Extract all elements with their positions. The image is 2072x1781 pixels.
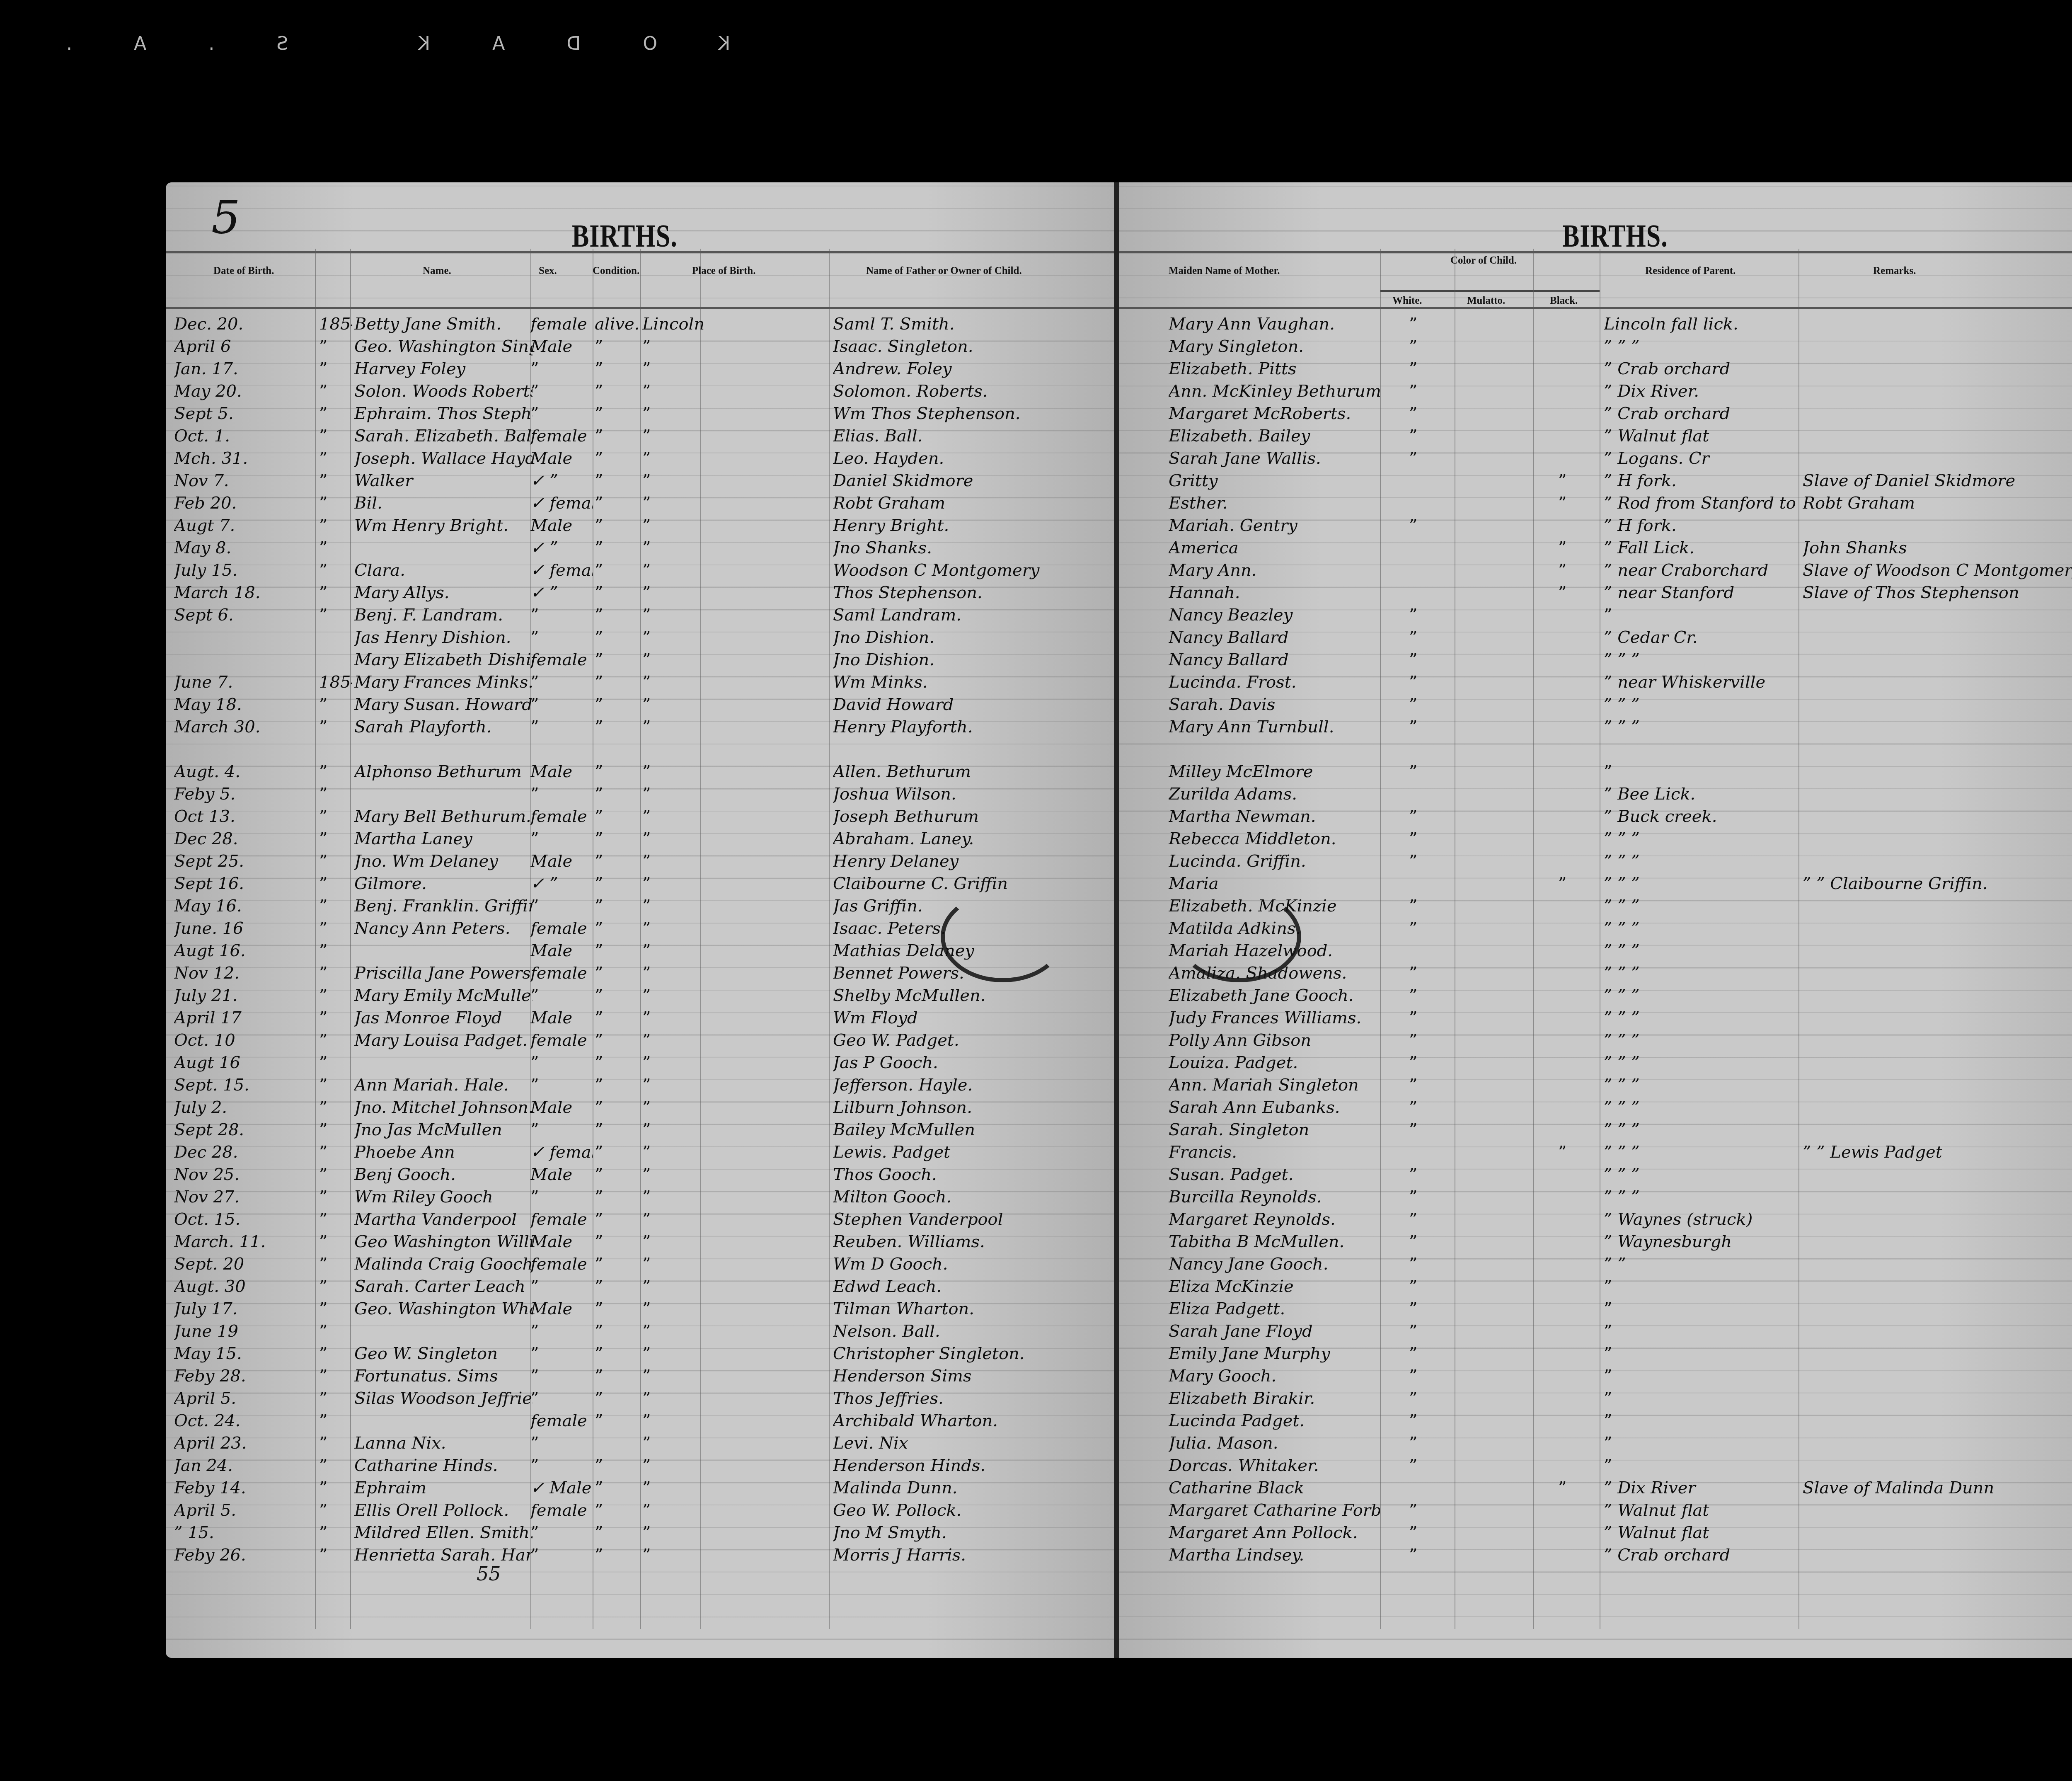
table-row: Augt. 4.”Alphonso BethurumMale””Allen. B… xyxy=(166,761,1115,783)
cell-condition: ” xyxy=(595,673,640,692)
cell-year: ” xyxy=(319,1389,352,1408)
cell-place: ” xyxy=(642,695,767,714)
cell-name: Wm Riley Gooch xyxy=(354,1187,533,1207)
cell-residence: ” Crab orchard xyxy=(1604,404,1798,423)
cell-name: Joseph. Wallace Hayden. xyxy=(354,449,533,468)
table-row: Zurilda Adams.” Bee Lick. xyxy=(1119,783,2072,805)
cell-white: ” xyxy=(1409,1299,1450,1318)
cell-condition: ” xyxy=(595,1299,640,1318)
cell-white: ” xyxy=(1409,628,1450,647)
table-row: Sept 28.”Jno Jas McMullen”””Bailey McMul… xyxy=(166,1119,1115,1141)
cell-white: ” xyxy=(1409,919,1450,938)
cell-name: Benj Gooch. xyxy=(354,1165,533,1184)
cell-residence: ” Logans. Cr xyxy=(1604,449,1798,468)
cell-father: Edwd Leach. xyxy=(833,1277,1111,1296)
cell-name: Geo Washington Williams xyxy=(354,1232,533,1251)
table-row xyxy=(166,738,1115,761)
cell-year: ” xyxy=(319,1367,352,1386)
cell-father: Wm D Gooch. xyxy=(833,1255,1111,1274)
cell-date: July 2. xyxy=(174,1098,311,1117)
table-row: Lucinda. Frost.”” near Whiskerville xyxy=(1119,671,2072,693)
cell-place: ” xyxy=(642,561,767,580)
cell-remarks: ” ” Lewis Padget xyxy=(1803,1143,2072,1162)
cell-date: Augt 16 xyxy=(174,1053,311,1072)
cell-name: Fortunatus. Sims xyxy=(354,1367,533,1386)
cell-year: ” xyxy=(319,919,352,938)
cell-date: Nov 27. xyxy=(174,1187,311,1207)
cell-white: ” xyxy=(1409,1501,1450,1520)
cell-mother: Francis. xyxy=(1169,1143,1380,1162)
water-stain xyxy=(941,891,1065,982)
cell-place: ” xyxy=(642,606,767,625)
cell-residence: ” ” ” xyxy=(1604,852,1798,871)
cell-father: Tilman Wharton. xyxy=(833,1299,1111,1318)
cell-place: ” xyxy=(642,1255,767,1274)
col-header-color-group: Color of Child. xyxy=(1450,255,1517,267)
cell-father: Nelson. Ball. xyxy=(833,1322,1111,1341)
cell-white: ” xyxy=(1409,717,1450,737)
cell-name: Geo. Washington Wharton xyxy=(354,1299,533,1318)
cell-sex: ” xyxy=(530,897,593,916)
cell-remarks: Slave of Malinda Dunn xyxy=(1803,1478,2072,1497)
cell-condition: ” xyxy=(595,650,640,669)
cell-mother: Dorcas. Whitaker. xyxy=(1169,1456,1380,1475)
cell-date: Augt. 30 xyxy=(174,1277,311,1296)
cell-place: ” xyxy=(642,1277,767,1296)
cell-residence: ” Dix River. xyxy=(1604,382,1798,401)
col-header-mulatto: Mulatto. xyxy=(1467,295,1505,307)
cell-condition: ” xyxy=(595,1389,640,1408)
cell-place: ” xyxy=(642,717,767,737)
cell-residence: ” ” ” xyxy=(1604,1076,1798,1095)
cell-year: ” xyxy=(319,1031,352,1050)
cell-place: ” xyxy=(642,941,767,960)
table-row: April 23.”Lanna Nix.””Levi. Nix xyxy=(166,1432,1115,1454)
cell-condition: ” xyxy=(595,1478,640,1497)
cell-mother: Lucinda. Frost. xyxy=(1169,673,1380,692)
cell-black: ” xyxy=(1558,538,1595,557)
table-row: Sept 25.”Jno. Wm DelaneyMale””Henry Dela… xyxy=(166,850,1115,872)
table-row: Mary Singleton.”” ” ” xyxy=(1119,335,2072,358)
cell-sex: female xyxy=(530,964,593,983)
table-row: Elizabeth. Bailey”” Walnut flat xyxy=(1119,425,2072,447)
cell-year: ” xyxy=(319,852,352,871)
cell-year: ” xyxy=(319,1478,352,1497)
table-row: Dorcas. Whitaker.”” xyxy=(1119,1454,2072,1477)
cell-sex: ” xyxy=(530,1456,593,1475)
table-row: Dec 28.”Martha Laney”””Abraham. Laney. xyxy=(166,828,1115,850)
table-row: Martha Newman.”” Buck creek. xyxy=(1119,805,2072,828)
table-row: Susan. Padget.”” ” ” xyxy=(1119,1163,2072,1186)
cell-father: Abraham. Laney. xyxy=(833,829,1111,848)
cell-mother: Eliza Padgett. xyxy=(1169,1299,1380,1318)
cell-residence: ” xyxy=(1604,1367,1798,1386)
cell-residence: ” xyxy=(1604,1277,1798,1296)
cell-date: Dec 28. xyxy=(174,1143,311,1162)
water-stain xyxy=(1177,891,1301,982)
cell-sex: ” xyxy=(530,1187,593,1207)
cell-father: Christopher Singleton. xyxy=(833,1344,1111,1363)
cell-place: Lincoln xyxy=(642,315,767,334)
cell-place: ” xyxy=(642,1053,767,1072)
cell-white: ” xyxy=(1409,1322,1450,1341)
cell-mother: Gritty xyxy=(1169,471,1380,490)
cell-sex: ” xyxy=(530,1546,593,1565)
cell-place: ” xyxy=(642,919,767,938)
cell-father: Thos Stephenson. xyxy=(833,583,1111,602)
cell-year: ” xyxy=(319,561,352,580)
cell-date: May 8. xyxy=(174,538,311,557)
table-row: Burcilla Reynolds.”” ” ” xyxy=(1119,1186,2072,1208)
page-mark: 5 xyxy=(211,191,240,244)
table-row: Feby 14.”Ephraim✓ Male””Malinda Dunn. xyxy=(166,1477,1115,1499)
cell-residence: ” Buck creek. xyxy=(1604,807,1798,826)
cell-white: ” xyxy=(1409,1031,1450,1050)
cell-sex: ” xyxy=(530,359,593,378)
cell-place: ” xyxy=(642,1232,767,1251)
cell-father: Andrew. Foley xyxy=(833,359,1111,378)
right-page-title: BIRTHS. xyxy=(1562,218,1668,255)
cell-mother: Martha Newman. xyxy=(1169,807,1380,826)
cell-date: Sept 28. xyxy=(174,1120,311,1139)
cell-condition: ” xyxy=(595,695,640,714)
table-row: Lucinda. Griffin.”” ” ” xyxy=(1119,850,2072,872)
cell-condition: ” xyxy=(595,1210,640,1229)
cell-year: ” xyxy=(319,941,352,960)
table-row: Gritty”” H fork.Slave of Daniel Skidmore xyxy=(1119,470,2072,492)
cell-sex: ” xyxy=(530,382,593,401)
table-row xyxy=(1119,738,2072,761)
cell-father: Claibourne C. Griffin xyxy=(833,874,1111,893)
cell-year: ” xyxy=(319,426,352,446)
table-row: Polly Ann Gibson”” ” ” xyxy=(1119,1029,2072,1052)
cell-name: Sarah. Carter Leach xyxy=(354,1277,533,1296)
cell-white: ” xyxy=(1409,315,1450,334)
cell-name: Sarah. Elizabeth. Ball xyxy=(354,426,533,446)
cell-sex: ✓ female xyxy=(530,561,593,580)
cell-year: ” xyxy=(319,1344,352,1363)
cell-sex: ” xyxy=(530,606,593,625)
cell-name: Mary Allys. xyxy=(354,583,533,602)
cell-condition: ” xyxy=(595,1031,640,1050)
cell-name: Clara. xyxy=(354,561,533,580)
table-row: Jas Henry Dishion.”””Jno Dishion. xyxy=(166,626,1115,649)
cell-white: ” xyxy=(1409,1389,1450,1408)
cell-residence: ” ” ” xyxy=(1604,337,1798,356)
table-row: Nancy Ballard”” ” ” xyxy=(1119,649,2072,671)
cell-place: ” xyxy=(642,852,767,871)
cell-name: Malinda Craig Gooch xyxy=(354,1255,533,1274)
cell-residence: ” Rod from Stanford to Crab Orchard xyxy=(1604,494,1798,513)
cell-date: June 7. xyxy=(174,673,311,692)
col-header-condition: Condition. xyxy=(593,265,639,277)
cell-condition: ” xyxy=(595,359,640,378)
table-row: Augt 7.”Wm Henry Bright.Male””Henry Brig… xyxy=(166,514,1115,537)
cell-year: ” xyxy=(319,1434,352,1453)
cell-condition: ” xyxy=(595,449,640,468)
cell-residence: ” Fall Lick. xyxy=(1604,538,1798,557)
cell-place: ” xyxy=(642,897,767,916)
table-row: Oct. 10”Mary Louisa Padget.female””Geo W… xyxy=(166,1029,1115,1052)
table-row: Oct 13.”Mary Bell Bethurum.female””Josep… xyxy=(166,805,1115,828)
cell-year: ” xyxy=(319,807,352,826)
table-row: Louiza. Padget.”” ” ” xyxy=(1119,1052,2072,1074)
table-row: April 5.”Ellis Orell Pollock.female””Geo… xyxy=(166,1499,1115,1522)
cell-black: ” xyxy=(1558,583,1595,602)
cell-father: Wm Thos Stephenson. xyxy=(833,404,1111,423)
cell-father: Henry Bright. xyxy=(833,516,1111,535)
cell-condition: ” xyxy=(595,426,640,446)
cell-date: Feby 5. xyxy=(174,785,311,804)
table-row: May 15.”Geo W. Singleton”””Christopher S… xyxy=(166,1342,1115,1365)
cell-year: ” xyxy=(319,404,352,423)
cell-name: Jas Monroe Floyd xyxy=(354,1008,533,1027)
cell-sex: ✓ female xyxy=(530,1143,593,1162)
cell-condition: ” xyxy=(595,561,640,580)
cell-white: ” xyxy=(1409,606,1450,625)
cell-residence: ” ” ” xyxy=(1604,874,1798,893)
cell-father: Archibald Wharton. xyxy=(833,1411,1111,1430)
cell-mother: Hannah. xyxy=(1169,583,1380,602)
cell-mother: Zurilda Adams. xyxy=(1169,785,1380,804)
cell-condition: ” xyxy=(595,471,640,490)
cell-father: Allen. Bethurum xyxy=(833,762,1111,781)
cell-name: Harvey Foley xyxy=(354,359,533,378)
cell-date: Oct. 24. xyxy=(174,1411,311,1430)
cell-condition: ” xyxy=(595,1008,640,1027)
table-row: Hannah.”” near StanfordSlave of Thos Ste… xyxy=(1119,582,2072,604)
cell-mother: Maria xyxy=(1169,874,1380,893)
cell-year: ” xyxy=(319,829,352,848)
cell-date: Augt 7. xyxy=(174,516,311,535)
cell-name: Mary Elizabeth Dishion xyxy=(354,650,533,669)
cell-condition: ” xyxy=(595,1344,640,1363)
cell-mother: Milley McElmore xyxy=(1169,762,1380,781)
cell-sex: ” xyxy=(530,986,593,1005)
cell-white: ” xyxy=(1409,1367,1450,1386)
table-row: Oct. 24.”female””Archibald Wharton. xyxy=(166,1410,1115,1432)
cell-white: ” xyxy=(1409,359,1450,378)
cell-mother: Mary Gooch. xyxy=(1169,1367,1380,1386)
cell-date: Mch. 31. xyxy=(174,449,311,468)
cell-date: Dec. 20. xyxy=(174,315,311,334)
cell-name: Wm Henry Bright. xyxy=(354,516,533,535)
table-row: April 5.”Silas Woodson Jeffries.”””Thos … xyxy=(166,1387,1115,1410)
cell-year: ” xyxy=(319,1501,352,1520)
cell-place: ” xyxy=(642,807,767,826)
table-row: April 6”Geo. Washington SingletonMale””I… xyxy=(166,335,1115,358)
cell-place: ” xyxy=(642,359,767,378)
cell-place: ” xyxy=(642,494,767,513)
cell-residence: ” near Stanford xyxy=(1604,583,1798,602)
cell-name: Benj. F. Landram. xyxy=(354,606,533,625)
cell-residence: ” xyxy=(1604,1322,1798,1341)
table-row: Milley McElmore”” xyxy=(1119,761,2072,783)
cell-place: ” xyxy=(642,1076,767,1095)
table-row: Lucinda Padget.”” xyxy=(1119,1410,2072,1432)
cell-date: Augt. 4. xyxy=(174,762,311,781)
cell-condition: ” xyxy=(595,986,640,1005)
cell-condition: ” xyxy=(595,1232,640,1251)
cell-father: Joshua Wilson. xyxy=(833,785,1111,804)
cell-sex: ” xyxy=(530,1076,593,1095)
cell-name: Betty Jane Smith. xyxy=(354,315,533,334)
cell-father: Daniel Skidmore xyxy=(833,471,1111,490)
cell-white: ” xyxy=(1409,449,1450,468)
cell-sex: female xyxy=(530,1031,593,1050)
cell-residence: ” xyxy=(1604,1389,1798,1408)
left-page-title: BIRTHS. xyxy=(572,218,678,255)
table-row: Sarah. Singleton”” ” ” xyxy=(1119,1119,2072,1141)
cell-father: Lilburn Johnson. xyxy=(833,1098,1111,1117)
cell-name: Nancy Ann Peters. xyxy=(354,919,533,938)
cell-residence: ” ” ” xyxy=(1604,1165,1798,1184)
cell-sex: ” xyxy=(530,1120,593,1139)
cell-father: Geo W. Padget. xyxy=(833,1031,1111,1050)
table-row: Eliza Padgett.”” xyxy=(1119,1298,2072,1320)
cell-name: Mary Susan. Howard xyxy=(354,695,533,714)
cell-residence: ” H fork. xyxy=(1604,516,1798,535)
cell-remarks: Robt Graham xyxy=(1803,494,2072,513)
table-row: Augt 16””””Jas P Gooch. xyxy=(166,1052,1115,1074)
cell-condition: ” xyxy=(595,1165,640,1184)
cell-date: Sept 16. xyxy=(174,874,311,893)
cell-condition: ” xyxy=(595,829,640,848)
cell-mother: Esther. xyxy=(1169,494,1380,513)
table-row: Dec 28.”Phoebe Ann✓ female””Lewis. Padge… xyxy=(166,1141,1115,1163)
cell-condition: ” xyxy=(595,1143,640,1162)
cell-year: ” xyxy=(319,1411,352,1430)
table-row: ” 15.”Mildred Ellen. Smith.”””Jno M Smyt… xyxy=(166,1522,1115,1544)
cell-date: Nov 25. xyxy=(174,1165,311,1184)
cell-year: ” xyxy=(319,1120,352,1139)
table-row: July 21.”Mary Emily McMullen”””Shelby Mc… xyxy=(166,984,1115,1007)
table-row: Tabitha B McMullen.”” Waynesburgh xyxy=(1119,1231,2072,1253)
cell-year: ” xyxy=(319,1008,352,1027)
cell-mother: Susan. Padget. xyxy=(1169,1165,1380,1184)
cell-date: Jan. 17. xyxy=(174,359,311,378)
cell-place: ” xyxy=(642,986,767,1005)
cell-father: Saml T. Smith. xyxy=(833,315,1111,334)
cell-white: ” xyxy=(1409,1076,1450,1095)
cell-condition: ” xyxy=(595,762,640,781)
cell-date: Sept. 20 xyxy=(174,1255,311,1274)
cell-mother: Mary Ann Vaughan. xyxy=(1169,315,1380,334)
cell-name: Martha Vanderpool xyxy=(354,1210,533,1229)
cell-mother: Elizabeth Jane Gooch. xyxy=(1169,986,1380,1005)
cell-residence: ” ” ” xyxy=(1604,897,1798,916)
table-row: Nov 27.”Wm Riley Gooch”””Milton Gooch. xyxy=(166,1186,1115,1208)
cell-sex: female xyxy=(530,650,593,669)
cell-condition: ” xyxy=(595,807,640,826)
cell-date: Sept. 15. xyxy=(174,1076,311,1095)
cell-mother: Sarah Ann Eubanks. xyxy=(1169,1098,1380,1117)
cell-place: ” xyxy=(642,785,767,804)
cell-sex: Male xyxy=(530,1232,593,1251)
table-row: March 30.”Sarah Playforth.”””Henry Playf… xyxy=(166,716,1115,738)
cell-sex: female xyxy=(530,807,593,826)
cell-white: ” xyxy=(1409,964,1450,983)
cell-residence: ” ” ” xyxy=(1604,1187,1798,1207)
cell-remarks: Slave of Daniel Skidmore xyxy=(1803,471,2072,490)
cell-year: ” xyxy=(319,538,352,557)
table-row: Feby 26.”Henrietta Sarah. Harris”””Morri… xyxy=(166,1544,1115,1566)
cell-year: ” xyxy=(319,1187,352,1207)
cell-father: Malinda Dunn. xyxy=(833,1478,1111,1497)
cell-date: May 18. xyxy=(174,695,311,714)
table-row: Nancy Jane Gooch.”” ” xyxy=(1119,1253,2072,1275)
cell-date: June. 16 xyxy=(174,919,311,938)
table-row: Nancy Ballard”” Cedar Cr. xyxy=(1119,626,2072,649)
table-row: Nov 25.”Benj Gooch.Male””Thos Gooch. xyxy=(166,1163,1115,1186)
cell-condition: ” xyxy=(595,404,640,423)
cell-white: ” xyxy=(1409,1546,1450,1565)
cell-year: ” xyxy=(319,1523,352,1542)
cell-sex: Male xyxy=(530,1098,593,1117)
table-row: Mch. 31.”Joseph. Wallace Hayden.Male””Le… xyxy=(166,447,1115,470)
cell-father: Thos Gooch. xyxy=(833,1165,1111,1184)
col-header-father: Name of Father or Owner of Child. xyxy=(866,265,1022,277)
cell-residence: ” Crab orchard xyxy=(1604,359,1798,378)
cell-year: ” xyxy=(319,1232,352,1251)
cell-condition: ” xyxy=(595,516,640,535)
cell-year: ” xyxy=(319,785,352,804)
cell-place: ” xyxy=(642,449,767,468)
cell-name: Mildred Ellen. Smith. xyxy=(354,1523,533,1542)
cell-name: Mary Louisa Padget. xyxy=(354,1031,533,1050)
cell-mother: Tabitha B McMullen. xyxy=(1169,1232,1380,1251)
cell-father: Stephen Vanderpool xyxy=(833,1210,1111,1229)
cell-place: ” xyxy=(642,829,767,848)
cell-year: ” xyxy=(319,1053,352,1072)
col-header-remarks: Remarks. xyxy=(1873,265,1916,277)
cell-year: ” xyxy=(319,762,352,781)
cell-year: ” xyxy=(319,494,352,513)
table-row: Feb 20.”Bil.✓ female””Robt Graham xyxy=(166,492,1115,514)
cell-place: ” xyxy=(642,516,767,535)
cell-white: ” xyxy=(1409,1098,1450,1117)
cell-white: ” xyxy=(1409,1165,1450,1184)
cell-place: ” xyxy=(642,1344,767,1363)
cell-residence: ” Waynes (struck) xyxy=(1604,1210,1798,1229)
table-row: March. 11.”Geo Washington WilliamsMale””… xyxy=(166,1231,1115,1253)
cell-place: ” xyxy=(642,628,767,647)
cell-white: ” xyxy=(1409,337,1450,356)
cell-father: Thos Jeffries. xyxy=(833,1389,1111,1408)
cell-white: ” xyxy=(1409,695,1450,714)
cell-year: ” xyxy=(319,1277,352,1296)
cell-mother: Margaret Reynolds. xyxy=(1169,1210,1380,1229)
cell-residence: ” xyxy=(1604,1456,1798,1475)
cell-date: Feby 28. xyxy=(174,1367,311,1386)
cell-condition: ” xyxy=(595,717,640,737)
table-row: Mary Ann.”” near CraborchardSlave of Woo… xyxy=(1119,559,2072,582)
cell-sex: Male xyxy=(530,762,593,781)
cell-father: Robt Graham xyxy=(833,494,1111,513)
cell-mother: America xyxy=(1169,538,1380,557)
table-row: Sept 6.”Benj. F. Landram.”””Saml Landram… xyxy=(166,604,1115,626)
cell-white: ” xyxy=(1409,829,1450,848)
table-row: Margaret Ann Pollock.”” Walnut flat xyxy=(1119,1522,2072,1544)
cell-sex: ✓ ” xyxy=(530,874,593,893)
cell-sex: ” xyxy=(530,717,593,737)
cell-year: ” xyxy=(319,471,352,490)
cell-residence: ” ” ” xyxy=(1604,1098,1798,1117)
cell-father: Jefferson. Hayle. xyxy=(833,1076,1111,1095)
table-row: Elizabeth Jane Gooch.”” ” ” xyxy=(1119,984,2072,1007)
cell-date: March. 11. xyxy=(174,1232,311,1251)
cell-sex: ” xyxy=(530,1344,593,1363)
